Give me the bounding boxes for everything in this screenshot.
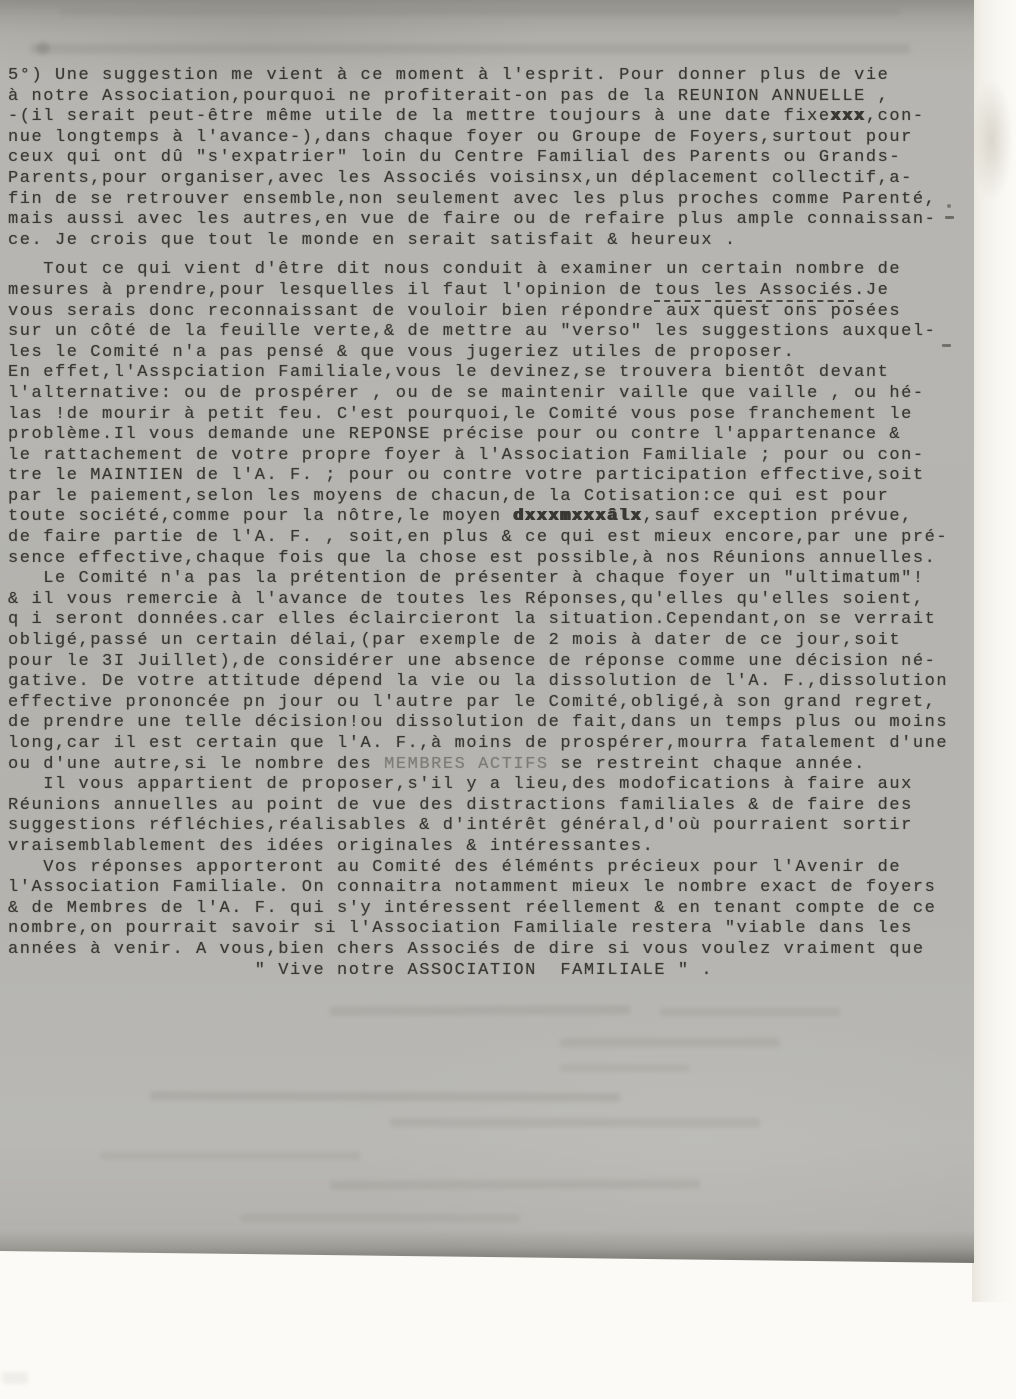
text-line: Tout ce qui vient d'être dit nous condui… — [8, 260, 968, 281]
text-line: l'alternative: ou de prospérer , ou de s… — [8, 384, 968, 405]
text-line: & il vous remercie à l'avance de toutes … — [8, 590, 968, 611]
text-segment: mesures à prendre,pour lesquelles il fau… — [8, 281, 654, 300]
text-line: ce. Je crois que tout le monde en serait… — [8, 231, 968, 252]
text-segment: vous serais donc reconnaissant de vouloi… — [8, 302, 901, 321]
text-segment: les le Comité n'a pas pensé & que vous j… — [8, 343, 795, 362]
bleedthrough-mark — [390, 1118, 760, 1127]
text-line: long,car il est certain que l'A. F.,à mo… — [8, 734, 968, 755]
text-line: & de Membres de l'A. F. qui s'y intéress… — [8, 899, 968, 920]
ink-speck — [947, 204, 951, 208]
text-segment: Le Comité n'a pas la prétention de prése… — [8, 569, 925, 588]
text-segment: dxxxmxxxâlx — [513, 507, 642, 526]
bleedthrough-mark — [560, 1038, 780, 1047]
text-line: années à venir. A vous,bien chers Associ… — [8, 940, 968, 961]
scanner-margin-right — [972, 0, 1016, 1302]
text-segment: fin de se retrouver ensemble,non seuleme… — [8, 190, 936, 209]
ink-speck — [945, 216, 954, 219]
text-line: l'Association Familiale. On connaitra no… — [8, 878, 968, 899]
text-line: ou d'une autre,si le nombre des MEMBRES … — [8, 755, 968, 776]
bleedthrough-mark — [330, 1005, 630, 1016]
text-segment: .Je — [854, 281, 889, 300]
text-line: gative. De votre attitude dépend la vie … — [8, 672, 968, 693]
text-line: Vos réponses apporteront au Comité des é… — [8, 858, 968, 879]
text-line: effective prononcée pn jour ou l'autre p… — [8, 693, 968, 714]
text-segment: 5°) Une suggestion me vient à ce moment … — [8, 66, 889, 85]
text-segment: xxx — [831, 107, 866, 126]
text-segment: " Vive notre ASSOCIATION FAMILIALE " . — [8, 961, 713, 980]
text-line: tre le MAINTIEN de l'A. F. ; pour ou con… — [8, 466, 968, 487]
text-line: las !de mourir à petit feu. C'est pourqu… — [8, 405, 968, 426]
text-segment: nombre,on pourrait savoir si l'Associati… — [8, 919, 913, 938]
text-line: vraisemblablement des idées originales &… — [8, 837, 968, 858]
text-line: vous serais donc reconnaissant de vouloi… — [8, 302, 968, 323]
bleedthrough-mark — [60, 8, 900, 16]
text-line: 5°) Une suggestion me vient à ce moment … — [8, 66, 968, 87]
scanner-smudge — [2, 1372, 28, 1384]
bleedthrough-mark — [36, 42, 50, 54]
text-segment: le rattachement de votre propre foyer à … — [8, 446, 925, 465]
text-segment: Vos réponses apporteront au Comité des é… — [8, 858, 901, 877]
text-segment: ,sauf exception prévue, — [643, 507, 913, 526]
text-line: q i seront données.car elles éclairciero… — [8, 610, 968, 631]
text-line: mesures à prendre,pour lesquelles il fau… — [8, 281, 968, 302]
bleedthrough-mark — [330, 1179, 700, 1189]
text-segment: ceux qui ont dû "s'expatrier" loin du Ce… — [8, 148, 901, 167]
text-segment: problème.Il vous demande une REPONSE pré… — [8, 425, 901, 444]
text-segment: nue longtemps à l'avance-),dans chaque f… — [8, 128, 913, 147]
text-line: sence effective,chaque fois que la chose… — [8, 549, 968, 570]
text-segment: à notre Association,pourquoi ne profiter… — [8, 87, 889, 106]
bleedthrough-mark — [150, 1091, 620, 1102]
text-segment: l'alternative: ou de prospérer , ou de s… — [8, 384, 925, 403]
text-segment: ,con- — [866, 107, 925, 126]
text-line: Le Comité n'a pas la prétention de prése… — [8, 569, 968, 590]
text-segment: par le paiement,selon les moyens de chac… — [8, 487, 889, 506]
text-line: de faire partie de l'A. F. , soit,en plu… — [8, 528, 968, 549]
bleedthrough-mark — [560, 1064, 690, 1072]
scan-page: 5°) Une suggestion me vient à ce moment … — [0, 0, 974, 1263]
text-segment: l'Association Familiale. On connaitra no… — [8, 878, 936, 897]
text-line: pour le 3I Juillet),de considérer une ab… — [8, 652, 968, 673]
text-line: le rattachement de votre propre foyer à … — [8, 446, 968, 467]
text-line: ceux qui ont dû "s'expatrier" loin du Ce… — [8, 148, 968, 169]
text-line: de prendre une telle décision!ou dissolu… — [8, 713, 968, 734]
text-segment: de faire partie de l'A. F. , soit,en plu… — [8, 528, 948, 547]
text-line: Il vous appartient de proposer,s'il y a … — [8, 775, 968, 796]
text-segment: sur un côté de la feuille verte,& de met… — [8, 322, 936, 341]
text-line: suggestions réfléchies,réalisables & d'i… — [8, 816, 968, 837]
text-line: Parents,pour organiser,avec les Associés… — [8, 169, 968, 190]
text-segment: mais aussi avec les autres,en vue de fai… — [8, 210, 936, 229]
text-segment: tre le MAINTIEN de l'A. F. ; pour ou con… — [8, 466, 925, 485]
text-segment: Tout ce qui vient d'être dit nous condui… — [8, 260, 901, 279]
text-segment: toute société,comme pour la nôtre,le moy… — [8, 507, 513, 526]
text-line: par le paiement,selon les moyens de chac… — [8, 487, 968, 508]
text-line: à notre Association,pourquoi ne profiter… — [8, 87, 968, 108]
text-segment: vraisemblablement des idées originales &… — [8, 837, 654, 856]
text-segment: Il vous appartient de proposer,s'il y a … — [8, 775, 913, 794]
text-line: nombre,on pourrait savoir si l'Associati… — [8, 919, 968, 940]
text-line: fin de se retrouver ensemble,non seuleme… — [8, 190, 968, 211]
text-segment: effective prononcée pn jour ou l'autre p… — [8, 693, 936, 712]
text-segment: MEMBRES ACTIFS — [384, 755, 549, 774]
text-line: obligé,passé un certain délai,(par exemp… — [8, 631, 968, 652]
text-segment: années à venir. A vous,bien chers Associ… — [8, 940, 925, 959]
bleedthrough-mark — [30, 44, 910, 54]
text-line: nue longtemps à l'avance-),dans chaque f… — [8, 128, 968, 149]
text-segment: q i seront données.car elles éclairciero… — [8, 610, 936, 629]
text-segment: pour le 3I Juillet),de considérer une ab… — [8, 652, 936, 671]
text-segment: obligé,passé un certain délai,(par exemp… — [8, 631, 901, 650]
text-line: En effet,l'Asspciation Familiale,vous le… — [8, 363, 968, 384]
text-line: " Vive notre ASSOCIATION FAMILIALE " . — [8, 961, 968, 982]
text-segment: sence effective,chaque fois que la chose… — [8, 549, 936, 568]
text-segment: tous les Associés — [654, 281, 854, 302]
text-segment: & il vous remercie à l'avance de toutes … — [8, 590, 925, 609]
bleedthrough-mark — [100, 1152, 360, 1160]
text-segment: & de Membres de l'A. F. qui s'y intéress… — [8, 899, 936, 918]
ink-speck — [942, 344, 951, 347]
text-line: les le Comité n'a pas pensé & que vous j… — [8, 343, 968, 364]
text-segment: Réunions annuelles au point de vue des d… — [8, 796, 913, 815]
text-segment: ce. Je crois que tout le monde en serait… — [8, 231, 737, 250]
text-segment: Parents,pour organiser,avec les Associés… — [8, 169, 913, 188]
text-segment: las !de mourir à petit feu. C'est pourqu… — [8, 405, 913, 424]
text-segment: de prendre une telle décision!ou dissolu… — [8, 713, 948, 732]
text-line: -(il serait peut-être même utile de la m… — [8, 107, 968, 128]
text-line: mais aussi avec les autres,en vue de fai… — [8, 210, 968, 231]
text-segment: se restreint chaque année. — [549, 755, 866, 774]
text-segment: En effet,l'Asspciation Familiale,vous le… — [8, 363, 889, 382]
text-segment: gative. De votre attitude dépend la vie … — [8, 672, 948, 691]
text-line: problème.Il vous demande une REPONSE pré… — [8, 425, 968, 446]
document-text: 5°) Une suggestion me vient à ce moment … — [8, 66, 968, 981]
text-segment: -(il serait peut-être même utile de la m… — [8, 107, 831, 126]
bleedthrough-mark — [240, 1214, 520, 1222]
bleedthrough-mark — [660, 1008, 840, 1016]
text-line: sur un côté de la feuille verte,& de met… — [8, 322, 968, 343]
text-segment: suggestions réfléchies,réalisables & d'i… — [8, 816, 913, 835]
text-line: toute société,comme pour la nôtre,le moy… — [8, 507, 968, 528]
text-segment: ou d'une autre,si le nombre des — [8, 755, 384, 774]
text-segment: long,car il est certain que l'A. F.,à mo… — [8, 734, 948, 753]
text-line: Réunions annuelles au point de vue des d… — [8, 796, 968, 817]
